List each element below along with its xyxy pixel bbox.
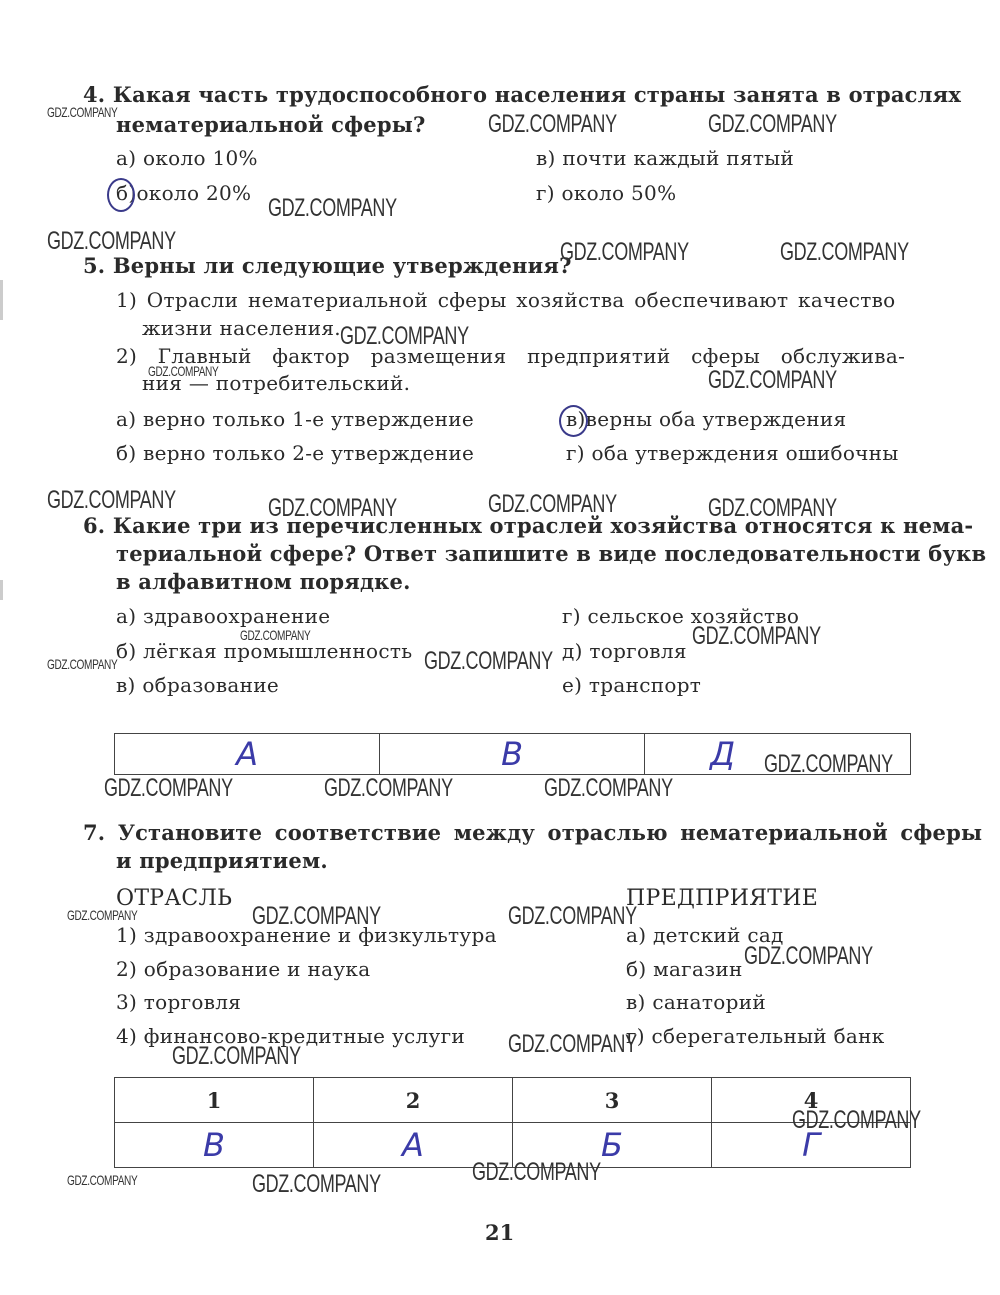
handwritten-answer: В	[501, 735, 523, 773]
q7-header-cell: 3	[513, 1078, 712, 1123]
watermark: GDZ.COMPANY	[324, 774, 453, 803]
q5-statement-1: 1) Отрасли нематериальной сферы хозяйств…	[116, 288, 895, 312]
scan-edge	[0, 280, 3, 320]
watermark: GDZ.COMPANY	[780, 238, 909, 267]
watermark: GDZ.COMPANY	[708, 494, 837, 523]
watermark: GDZ.COMPANY	[268, 494, 397, 523]
q4-option-b[interactable]: б)около 20%	[116, 181, 251, 205]
watermark: GDZ.COMPANY	[172, 1042, 301, 1071]
handwritten-answer: В	[203, 1126, 225, 1164]
watermark: GDZ.COMPANY	[67, 907, 137, 923]
watermark: GDZ.COMPANY	[252, 902, 381, 931]
handwritten-answer: Д	[710, 735, 735, 773]
q6-answer-cell-1[interactable]: А	[115, 734, 380, 775]
q7-right-item-v: в) санаторий	[626, 990, 766, 1014]
q5-option-a[interactable]: а) верно только 1-е утверждение	[116, 407, 474, 431]
watermark: GDZ.COMPANY	[268, 194, 397, 223]
watermark: GDZ.COMPANY	[708, 366, 837, 395]
answer-circle-mark	[107, 178, 135, 212]
watermark: GDZ.COMPANY	[47, 656, 117, 672]
answer-circle-mark	[559, 405, 588, 437]
watermark: GDZ.COMPANY	[47, 104, 117, 120]
q7-right-item-g: г) сберегательный банк	[626, 1024, 885, 1048]
watermark: GDZ.COMPANY	[544, 774, 673, 803]
watermark: GDZ.COMPANY	[47, 227, 176, 256]
q5-statement-1-cont: жизни населения.	[142, 316, 341, 340]
watermark: GDZ.COMPANY	[764, 750, 893, 779]
column-header-enterprise: ПРЕДПРИЯТИЕ	[626, 886, 818, 911]
watermark: GDZ.COMPANY	[47, 486, 176, 515]
handwritten-answer: А	[236, 735, 258, 773]
q7-answer-cell-1[interactable]: В	[115, 1123, 314, 1168]
watermark: GDZ.COMPANY	[424, 647, 553, 676]
q6-option-a[interactable]: а) здравоохранение	[116, 604, 330, 628]
page-number: 21	[485, 1220, 514, 1245]
handwritten-answer: А	[402, 1126, 424, 1164]
q6-option-v[interactable]: в) образование	[116, 673, 279, 697]
question-5-title: 5. Верны ли следующие утверждения?	[83, 253, 572, 278]
q5-option-v[interactable]: в)верны оба утверждения	[566, 407, 846, 431]
watermark: GDZ.COMPANY	[708, 110, 837, 139]
question-4-text: 4. Какая часть трудоспособного населения…	[83, 82, 961, 107]
scan-edge	[0, 580, 3, 600]
q5-option-g[interactable]: г) оба утверждения ошибочны	[566, 441, 899, 465]
watermark: GDZ.COMPANY	[692, 622, 821, 651]
q7-left-item-3: 3) торговля	[116, 990, 241, 1014]
watermark: GDZ.COMPANY	[340, 322, 469, 351]
q5-option-b[interactable]: б) верно только 2-е утверждение	[116, 441, 474, 465]
question-7-text: 7. Установите соответствие между отрасль…	[83, 820, 982, 845]
q7-right-item-b: б) магазин	[626, 957, 743, 981]
watermark: GDZ.COMPANY	[744, 942, 873, 971]
watermark: GDZ.COMPANY	[508, 902, 637, 931]
q7-header-cell: 2	[314, 1078, 513, 1123]
q5-statement-2: 2) Главный фактор размещения предприятий…	[116, 344, 905, 368]
q7-left-item-2: 2) образование и наука	[116, 957, 370, 981]
q4-option-b-text: около 20%	[136, 181, 251, 205]
question-7-text-cont: и предприятием.	[116, 848, 328, 873]
q6-option-d[interactable]: д) торговля	[562, 639, 687, 663]
watermark: GDZ.COMPANY	[560, 238, 689, 267]
q5-option-v-text: верны оба утверждения	[586, 407, 847, 431]
watermark: GDZ.COMPANY	[508, 1030, 637, 1059]
watermark: GDZ.COMPANY	[148, 363, 218, 379]
q6-answer-cell-2[interactable]: В	[380, 734, 645, 775]
watermark: GDZ.COMPANY	[67, 1172, 137, 1188]
q7-header-cell: 1	[115, 1078, 314, 1123]
watermark: GDZ.COMPANY	[488, 110, 617, 139]
watermark: GDZ.COMPANY	[792, 1106, 921, 1135]
watermark: GDZ.COMPANY	[472, 1158, 601, 1187]
q6-option-e[interactable]: е) транспорт	[562, 673, 701, 697]
watermark: GDZ.COMPANY	[488, 490, 617, 519]
watermark: GDZ.COMPANY	[104, 774, 233, 803]
question-4-text-cont: нематериальной сферы?	[116, 112, 425, 137]
q4-option-g[interactable]: г) около 50%	[536, 181, 676, 205]
question-6-text-cont2: в алфавитном порядке.	[116, 569, 411, 594]
q4-option-a[interactable]: а) около 10%	[116, 146, 258, 170]
question-6-text-cont: териальной сфере? Ответ запишите в виде …	[116, 541, 986, 566]
watermark: GDZ.COMPANY	[240, 627, 310, 643]
handwritten-answer: Б	[601, 1126, 623, 1164]
q4-option-v[interactable]: в) почти каждый пятый	[536, 146, 794, 170]
watermark: GDZ.COMPANY	[252, 1170, 381, 1199]
